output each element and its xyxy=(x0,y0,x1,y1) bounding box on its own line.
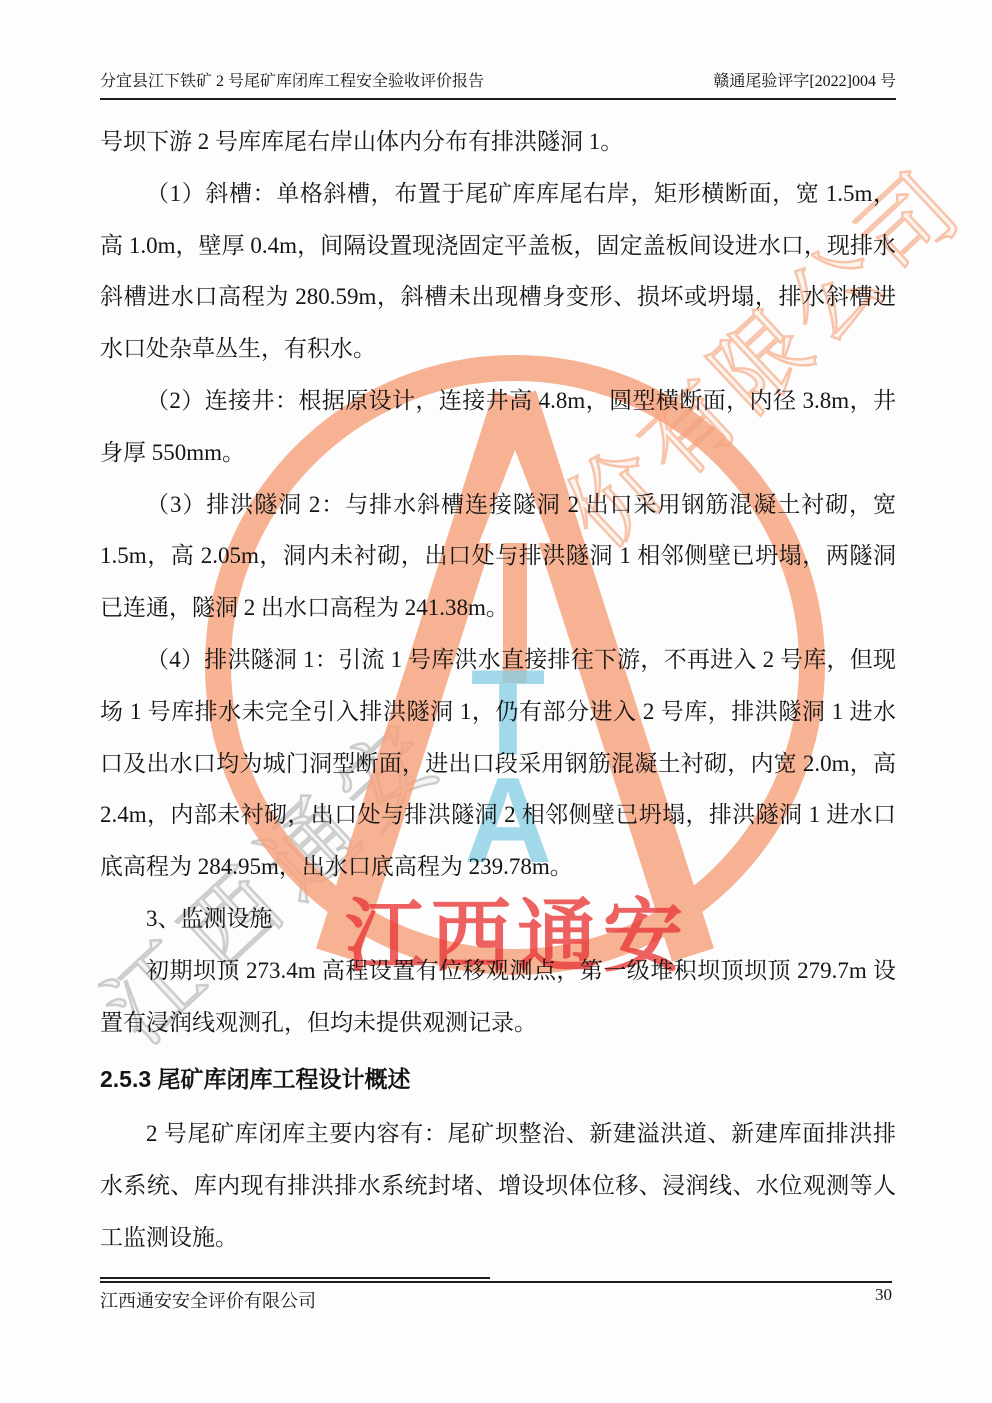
paragraph-item-3-tunnel-2: （3）排洪隧洞 2：与排水斜槽连接隧洞 2 出口采用钢筋混凝土衬砌，宽 1.5m… xyxy=(100,479,896,634)
document-page: 江西通安 价有限公司 T A 江西通安 分宜县江下铁矿 2 号尾矿库闭库工程安全… xyxy=(0,0,992,1403)
footer-rule-full xyxy=(100,1281,892,1283)
footer-rule-short xyxy=(100,1277,490,1279)
paragraph-closure-scope: 2 号尾矿库闭库主要内容有：尾矿坝整治、新建溢洪道、新建库面排洪排水系统、库内现… xyxy=(100,1108,896,1263)
footer-page-number: 30 xyxy=(875,1285,892,1305)
paragraph-monitoring-title: 3、监测设施 xyxy=(100,893,896,945)
paragraph-continuation: 号坝下游 2 号库库尾右岸山体内分布有排洪隧洞 1。 xyxy=(100,116,896,168)
page-header: 分宜县江下铁矿 2 号尾矿库闭库工程安全验收评价报告 赣通尾验评字[2022]0… xyxy=(100,68,896,100)
section-heading-2-5-3: 2.5.3 尾矿库闭库工程设计概述 xyxy=(100,1052,896,1106)
document-body: 号坝下游 2 号库库尾右岸山体内分布有排洪隧洞 1。 （1）斜槽：单格斜槽，布置… xyxy=(100,116,896,1264)
footer-company-name: 江西通安安全评价有限公司 xyxy=(100,1287,316,1313)
header-report-title: 分宜县江下铁矿 2 号尾矿库闭库工程安全验收评价报告 xyxy=(100,68,484,91)
header-doc-number: 赣通尾验评字[2022]004 号 xyxy=(713,68,896,91)
paragraph-monitoring-detail: 初期坝顶 273.4m 高程设置有位移观测点，第一级堆积坝顶坝顶 279.7m … xyxy=(100,945,896,1049)
paragraph-item-2-connection-well: （2）连接井：根据原设计，连接井高 4.8m，圆型横断面，内径 3.8m，井身厚… xyxy=(100,375,896,479)
paragraph-item-4-tunnel-1: （4）排洪隧洞 1：引流 1 号库洪水直接排往下游，不再进入 2 号库，但现场 … xyxy=(100,634,896,893)
paragraph-item-1-chute: （1）斜槽：单格斜槽，布置于尾矿库库尾右岸，矩形横断面，宽 1.5m，高 1.0… xyxy=(100,168,896,375)
page-footer: 江西通安安全评价有限公司 30 xyxy=(100,1277,892,1313)
